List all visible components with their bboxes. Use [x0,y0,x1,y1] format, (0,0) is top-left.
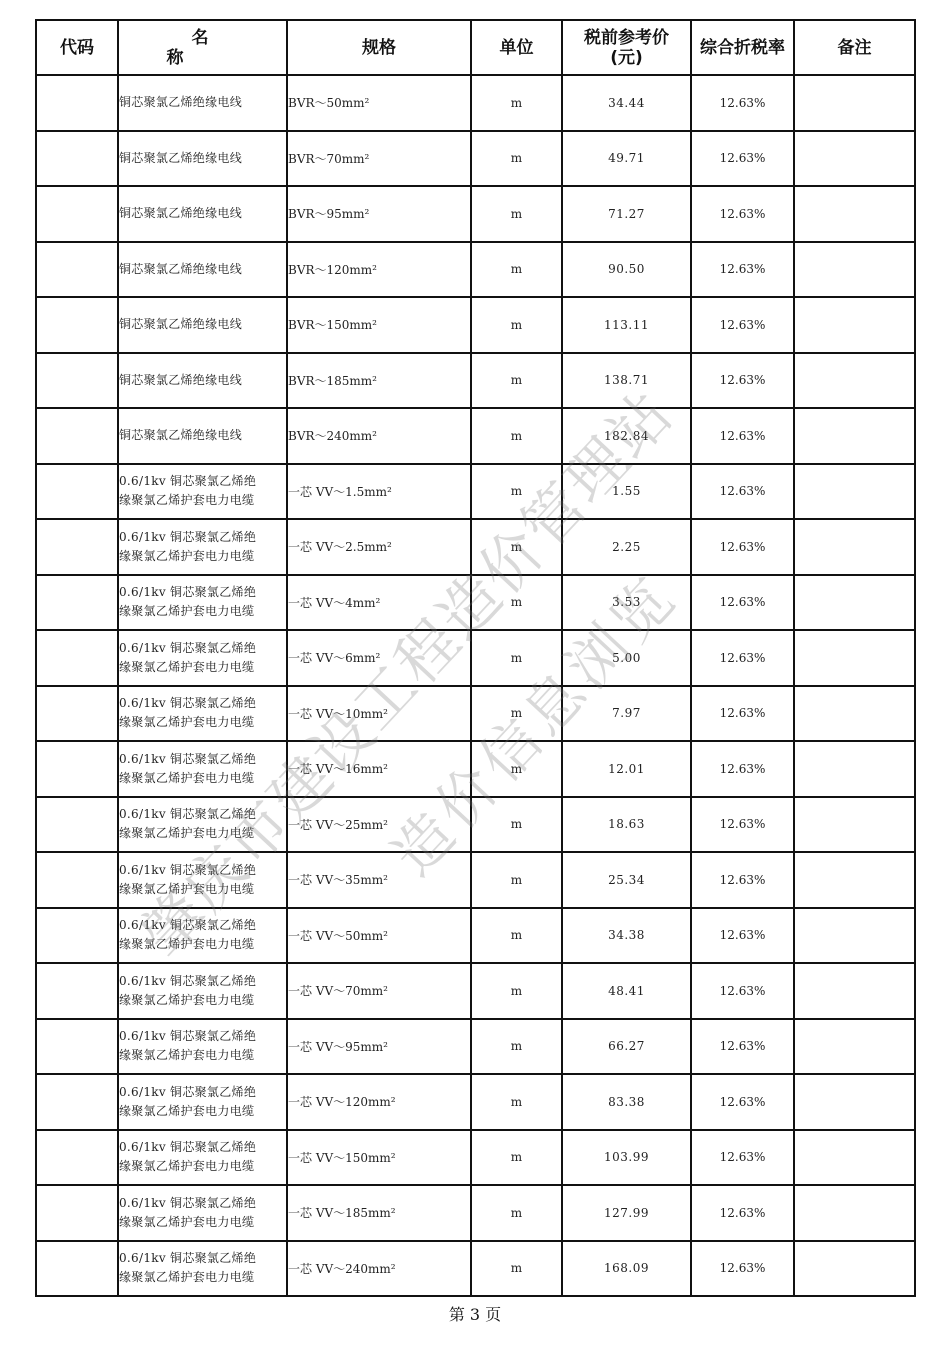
cell-code [36,963,118,1019]
cell-code [36,353,118,409]
cell-price: 138.71 [562,353,691,409]
cell-price: 127.99 [562,1185,691,1241]
header-price-line1: 税前参考价 [563,28,690,48]
table-row: 0.6/1kv 铜芯聚氯乙烯绝 缘聚氯乙烯护套电力电缆一芯 VV～10mm²m7… [36,686,915,742]
cell-unit: m [471,297,562,353]
cell-unit: m [471,908,562,964]
table-row: 0.6/1kv 铜芯聚氯乙烯绝 缘聚氯乙烯护套电力电缆一芯 VV～6mm²m5.… [36,630,915,686]
cell-price: 66.27 [562,1019,691,1075]
table-row: 0.6/1kv 铜芯聚氯乙烯绝 缘聚氯乙烯护套电力电缆一芯 VV～185mm²m… [36,1185,915,1241]
cell-note [794,1019,915,1075]
cell-code [36,131,118,187]
cell-rate: 12.63% [691,408,794,464]
cell-name: 0.6/1kv 铜芯聚氯乙烯绝 缘聚氯乙烯护套电力电缆 [118,797,287,853]
cell-rate: 12.63% [691,1074,794,1130]
header-spec: 规格 [287,20,471,75]
cell-price: 34.44 [562,75,691,131]
cell-price: 83.38 [562,1074,691,1130]
cell-spec: 一芯 VV～25mm² [287,797,471,853]
cell-unit: m [471,1185,562,1241]
cell-code [36,1074,118,1130]
cell-price: 182.84 [562,408,691,464]
cell-spec: 一芯 VV～6mm² [287,630,471,686]
cell-rate: 12.63% [691,186,794,242]
cell-spec: 一芯 VV～150mm² [287,1130,471,1186]
document-page: 代码 名称 规格 单位 税前参考价 (元) 综合折税率 备注 铜芯聚氯乙烯绝缘电… [0,0,950,1345]
table-row: 铜芯聚氯乙烯绝缘电线BVR～240mm²m182.8412.63% [36,408,915,464]
cell-spec: 一芯 VV～1.5mm² [287,464,471,520]
table-row: 铜芯聚氯乙烯绝缘电线BVR～120mm²m90.5012.63% [36,242,915,298]
cell-rate: 12.63% [691,1185,794,1241]
cell-unit: m [471,686,562,742]
cell-unit: m [471,131,562,187]
cell-spec: 一芯 VV～95mm² [287,1019,471,1075]
cell-name: 0.6/1kv 铜芯聚氯乙烯绝 缘聚氯乙烯护套电力电缆 [118,1019,287,1075]
cell-price: 12.01 [562,741,691,797]
cell-note [794,630,915,686]
cell-unit: m [471,1019,562,1075]
cell-spec: 一芯 VV～2.5mm² [287,519,471,575]
cell-spec: 一芯 VV～35mm² [287,852,471,908]
cell-note [794,186,915,242]
cell-price: 18.63 [562,797,691,853]
cell-name: 0.6/1kv 铜芯聚氯乙烯绝 缘聚氯乙烯护套电力电缆 [118,1074,287,1130]
cell-price: 71.27 [562,186,691,242]
cell-spec: BVR～185mm² [287,353,471,409]
cell-code [36,297,118,353]
table-row: 0.6/1kv 铜芯聚氯乙烯绝 缘聚氯乙烯护套电力电缆一芯 VV～16mm²m1… [36,741,915,797]
cell-note [794,686,915,742]
cell-name: 0.6/1kv 铜芯聚氯乙烯绝 缘聚氯乙烯护套电力电缆 [118,1185,287,1241]
cell-spec: 一芯 VV～4mm² [287,575,471,631]
cell-unit: m [471,1241,562,1297]
cell-note [794,963,915,1019]
cell-rate: 12.63% [691,519,794,575]
cell-unit: m [471,852,562,908]
cell-name: 0.6/1kv 铜芯聚氯乙烯绝 缘聚氯乙烯护套电力电缆 [118,741,287,797]
cell-price: 7.97 [562,686,691,742]
cell-code [36,186,118,242]
table-row: 0.6/1kv 铜芯聚氯乙烯绝 缘聚氯乙烯护套电力电缆一芯 VV～25mm²m1… [36,797,915,853]
cell-note [794,131,915,187]
cell-code [36,242,118,298]
cell-code [36,852,118,908]
cell-unit: m [471,186,562,242]
cell-unit: m [471,630,562,686]
cell-name: 0.6/1kv 铜芯聚氯乙烯绝 缘聚氯乙烯护套电力电缆 [118,852,287,908]
cell-price: 3.53 [562,575,691,631]
header-price: 税前参考价 (元) [562,20,691,75]
cell-name: 铜芯聚氯乙烯绝缘电线 [118,297,287,353]
cell-unit: m [471,1074,562,1130]
table-row: 0.6/1kv 铜芯聚氯乙烯绝 缘聚氯乙烯护套电力电缆一芯 VV～120mm²m… [36,1074,915,1130]
cell-unit: m [471,464,562,520]
cell-note [794,1074,915,1130]
cell-note [794,353,915,409]
cell-price: 2.25 [562,519,691,575]
table-row: 0.6/1kv 铜芯聚氯乙烯绝 缘聚氯乙烯护套电力电缆一芯 VV～4mm²m3.… [36,575,915,631]
cell-rate: 12.63% [691,797,794,853]
cell-note [794,297,915,353]
cell-price: 25.34 [562,852,691,908]
cell-rate: 12.63% [691,297,794,353]
cell-spec: BVR～50mm² [287,75,471,131]
cell-note [794,1185,915,1241]
cell-spec: BVR～240mm² [287,408,471,464]
cell-spec: 一芯 VV～10mm² [287,686,471,742]
cell-unit: m [471,963,562,1019]
cell-price: 113.11 [562,297,691,353]
cell-name: 铜芯聚氯乙烯绝缘电线 [118,75,287,131]
cell-code [36,1019,118,1075]
cell-code [36,908,118,964]
cell-name: 铜芯聚氯乙烯绝缘电线 [118,186,287,242]
cell-name: 0.6/1kv 铜芯聚氯乙烯绝 缘聚氯乙烯护套电力电缆 [118,575,287,631]
cell-name: 铜芯聚氯乙烯绝缘电线 [118,353,287,409]
cell-price: 48.41 [562,963,691,1019]
cell-price: 5.00 [562,630,691,686]
header-name-text: 名称 [142,28,264,68]
table-row: 铜芯聚氯乙烯绝缘电线BVR～70mm²m49.7112.63% [36,131,915,187]
table-row: 铜芯聚氯乙烯绝缘电线BVR～95mm²m71.2712.63% [36,186,915,242]
cell-unit: m [471,75,562,131]
cell-note [794,575,915,631]
cell-spec: 一芯 VV～120mm² [287,1074,471,1130]
cell-rate: 12.63% [691,1019,794,1075]
cell-spec: 一芯 VV～16mm² [287,741,471,797]
header-note: 备注 [794,20,915,75]
cell-name: 铜芯聚氯乙烯绝缘电线 [118,242,287,298]
cell-code [36,797,118,853]
table-row: 0.6/1kv 铜芯聚氯乙烯绝 缘聚氯乙烯护套电力电缆一芯 VV～70mm²m4… [36,963,915,1019]
cell-name: 0.6/1kv 铜芯聚氯乙烯绝 缘聚氯乙烯护套电力电缆 [118,630,287,686]
cell-code [36,1185,118,1241]
cell-price: 49.71 [562,131,691,187]
cell-name: 0.6/1kv 铜芯聚氯乙烯绝 缘聚氯乙烯护套电力电缆 [118,464,287,520]
cell-name: 0.6/1kv 铜芯聚氯乙烯绝 缘聚氯乙烯护套电力电缆 [118,519,287,575]
table-row: 0.6/1kv 铜芯聚氯乙烯绝 缘聚氯乙烯护套电力电缆一芯 VV～1.5mm²m… [36,464,915,520]
cell-price: 34.38 [562,908,691,964]
table-row: 0.6/1kv 铜芯聚氯乙烯绝 缘聚氯乙烯护套电力电缆一芯 VV～50mm²m3… [36,908,915,964]
cell-rate: 12.63% [691,353,794,409]
cell-unit: m [471,575,562,631]
cell-name: 0.6/1kv 铜芯聚氯乙烯绝 缘聚氯乙烯护套电力电缆 [118,686,287,742]
header-price-line2: (元) [563,48,690,68]
cell-spec: BVR～150mm² [287,297,471,353]
table-row: 铜芯聚氯乙烯绝缘电线BVR～50mm²m34.4412.63% [36,75,915,131]
cell-name: 铜芯聚氯乙烯绝缘电线 [118,131,287,187]
cell-price: 90.50 [562,242,691,298]
cell-name: 0.6/1kv 铜芯聚氯乙烯绝 缘聚氯乙烯护套电力电缆 [118,1130,287,1186]
cell-spec: BVR～70mm² [287,131,471,187]
cell-code [36,1241,118,1297]
table-header-row: 代码 名称 规格 单位 税前参考价 (元) 综合折税率 备注 [36,20,915,75]
table-row: 铜芯聚氯乙烯绝缘电线BVR～150mm²m113.1112.63% [36,297,915,353]
cell-code [36,686,118,742]
cell-code [36,464,118,520]
cell-rate: 12.63% [691,630,794,686]
cell-note [794,852,915,908]
cell-note [794,464,915,520]
cell-rate: 12.63% [691,963,794,1019]
cell-price: 168.09 [562,1241,691,1297]
cell-spec: BVR～120mm² [287,242,471,298]
cell-rate: 12.63% [691,741,794,797]
cell-rate: 12.63% [691,464,794,520]
cell-rate: 12.63% [691,1241,794,1297]
cell-unit: m [471,519,562,575]
cell-note [794,75,915,131]
cell-rate: 12.63% [691,242,794,298]
cell-note [794,1241,915,1297]
header-code: 代码 [36,20,118,75]
cell-unit: m [471,408,562,464]
table-row: 0.6/1kv 铜芯聚氯乙烯绝 缘聚氯乙烯护套电力电缆一芯 VV～2.5mm²m… [36,519,915,575]
cell-rate: 12.63% [691,575,794,631]
cell-name: 0.6/1kv 铜芯聚氯乙烯绝 缘聚氯乙烯护套电力电缆 [118,963,287,1019]
cell-rate: 12.63% [691,1130,794,1186]
price-table: 代码 名称 规格 单位 税前参考价 (元) 综合折税率 备注 铜芯聚氯乙烯绝缘电… [35,19,916,1297]
cell-note [794,242,915,298]
cell-price: 103.99 [562,1130,691,1186]
cell-note [794,797,915,853]
cell-code [36,75,118,131]
table-row: 0.6/1kv 铜芯聚氯乙烯绝 缘聚氯乙烯护套电力电缆一芯 VV～240mm²m… [36,1241,915,1297]
cell-note [794,1130,915,1186]
cell-rate: 12.63% [691,75,794,131]
page-number: 第 3 页 [0,1302,950,1325]
table-body: 铜芯聚氯乙烯绝缘电线BVR～50mm²m34.4412.63%铜芯聚氯乙烯绝缘电… [36,75,915,1296]
cell-unit: m [471,353,562,409]
cell-code [36,519,118,575]
cell-rate: 12.63% [691,852,794,908]
cell-spec: BVR～95mm² [287,186,471,242]
cell-unit: m [471,1130,562,1186]
cell-code [36,741,118,797]
cell-spec: 一芯 VV～185mm² [287,1185,471,1241]
cell-rate: 12.63% [691,686,794,742]
table-row: 0.6/1kv 铜芯聚氯乙烯绝 缘聚氯乙烯护套电力电缆一芯 VV～35mm²m2… [36,852,915,908]
cell-note [794,519,915,575]
cell-unit: m [471,797,562,853]
cell-rate: 12.63% [691,131,794,187]
cell-note [794,908,915,964]
cell-code [36,575,118,631]
cell-name: 0.6/1kv 铜芯聚氯乙烯绝 缘聚氯乙烯护套电力电缆 [118,908,287,964]
cell-spec: 一芯 VV～240mm² [287,1241,471,1297]
cell-spec: 一芯 VV～50mm² [287,908,471,964]
cell-spec: 一芯 VV～70mm² [287,963,471,1019]
cell-price: 1.55 [562,464,691,520]
cell-note [794,408,915,464]
header-name: 名称 [118,20,287,75]
cell-name: 0.6/1kv 铜芯聚氯乙烯绝 缘聚氯乙烯护套电力电缆 [118,1241,287,1297]
table-row: 0.6/1kv 铜芯聚氯乙烯绝 缘聚氯乙烯护套电力电缆一芯 VV～150mm²m… [36,1130,915,1186]
cell-note [794,741,915,797]
cell-code [36,408,118,464]
table-row: 铜芯聚氯乙烯绝缘电线BVR～185mm²m138.7112.63% [36,353,915,409]
cell-name: 铜芯聚氯乙烯绝缘电线 [118,408,287,464]
header-unit: 单位 [471,20,562,75]
header-rate: 综合折税率 [691,20,794,75]
cell-unit: m [471,242,562,298]
cell-code [36,1130,118,1186]
cell-unit: m [471,741,562,797]
table-row: 0.6/1kv 铜芯聚氯乙烯绝 缘聚氯乙烯护套电力电缆一芯 VV～95mm²m6… [36,1019,915,1075]
cell-code [36,630,118,686]
cell-rate: 12.63% [691,908,794,964]
